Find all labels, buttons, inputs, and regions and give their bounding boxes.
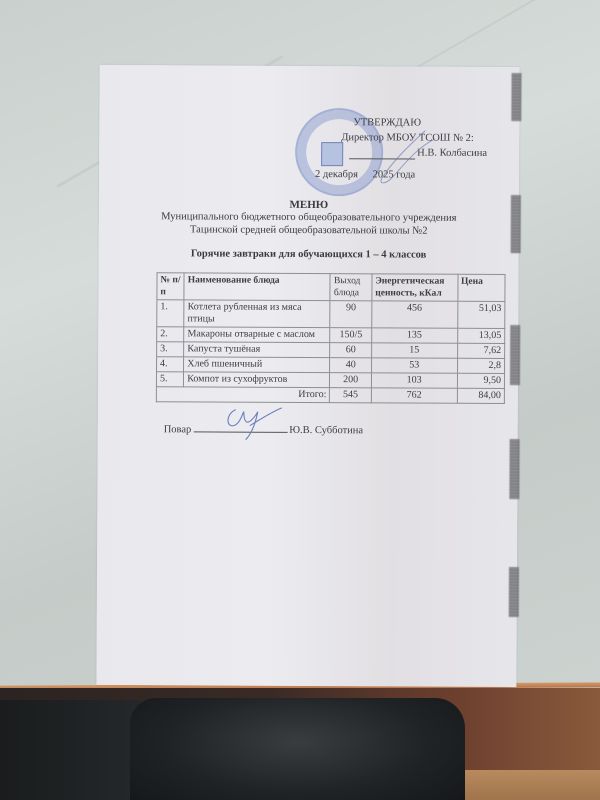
cook-name: Ю.В. Субботина bbox=[289, 425, 363, 436]
cell-price: 51,03 bbox=[457, 301, 505, 328]
cook-signature-icon bbox=[216, 404, 286, 442]
table-header-row: № п/п Наименование блюда Выход блюда Эне… bbox=[157, 273, 505, 302]
cell-energy: 135 bbox=[372, 328, 458, 343]
total-label: Итого: bbox=[156, 387, 330, 403]
menu-subtitle: Горячие завтраки для обучающихся 1 – 4 к… bbox=[99, 248, 519, 261]
total-output: 545 bbox=[330, 388, 371, 403]
cell-output: 40 bbox=[330, 358, 371, 373]
header-name: Наименование блюда bbox=[184, 273, 330, 301]
cell-output: 150/5 bbox=[330, 328, 371, 343]
header-num: № п/п bbox=[157, 273, 184, 300]
cell-name: Компот из сухофруктов bbox=[184, 372, 330, 388]
total-price: 84,00 bbox=[457, 388, 505, 403]
cell-num: 1. bbox=[157, 300, 184, 327]
cell-energy: 103 bbox=[371, 373, 457, 388]
cell-output: 90 bbox=[330, 301, 371, 328]
cell-energy: 456 bbox=[372, 301, 458, 328]
document-title: МЕНЮ bbox=[99, 198, 519, 212]
toner-streak bbox=[509, 567, 519, 617]
date-day: 2 bbox=[315, 169, 320, 180]
cell-num: 3. bbox=[157, 342, 184, 357]
header-output: Выход блюда bbox=[330, 274, 371, 301]
organization-line-1: Муниципального бюджетного общеобразовате… bbox=[99, 211, 519, 224]
header-price: Цена bbox=[457, 274, 505, 301]
toner-streak bbox=[510, 325, 520, 385]
cell-energy: 53 bbox=[371, 358, 457, 373]
date-month: декабря bbox=[323, 169, 358, 180]
header-energy: Энергетическая ценность, кКал bbox=[372, 274, 458, 301]
cell-name: Хлеб пшеничный bbox=[184, 357, 330, 373]
menu-table: № п/п Наименование блюда Выход блюда Эне… bbox=[156, 272, 506, 404]
director-signature-icon bbox=[355, 124, 445, 194]
cell-num: 2. bbox=[157, 327, 184, 342]
cell-output: 60 bbox=[330, 343, 371, 358]
cell-energy: 15 bbox=[371, 343, 457, 358]
dark-area bbox=[0, 700, 140, 800]
cell-price: 9,50 bbox=[457, 373, 505, 388]
cell-name: Котлета рубленная из мяса птицы bbox=[184, 300, 330, 328]
table-total-row: Итого:54576284,00 bbox=[156, 387, 504, 404]
cell-price: 2,8 bbox=[457, 358, 505, 373]
menu-document: УТВЕРЖДАЮ Директор МБОУ ТСОШ № 2: Н.В. К… bbox=[96, 65, 519, 687]
cell-num: 4. bbox=[157, 357, 184, 372]
table-row: 1.Котлета рубленная из мяса птицы9045651… bbox=[157, 300, 505, 329]
cell-price: 13,05 bbox=[457, 328, 505, 343]
cell-num: 5. bbox=[156, 372, 183, 387]
toner-streak bbox=[509, 439, 519, 499]
organization-line-2: Тацинской средней общеобразовательной шк… bbox=[99, 224, 519, 237]
leather-chair bbox=[130, 698, 465, 800]
cook-label: Повар bbox=[164, 424, 192, 435]
cell-price: 7,62 bbox=[457, 343, 505, 358]
cell-name: Макароны отварные с маслом bbox=[184, 327, 330, 343]
toner-streak bbox=[511, 73, 521, 121]
cell-name: Капуста тушёная bbox=[184, 342, 330, 358]
total-energy: 762 bbox=[371, 388, 457, 403]
cell-output: 200 bbox=[330, 373, 371, 388]
